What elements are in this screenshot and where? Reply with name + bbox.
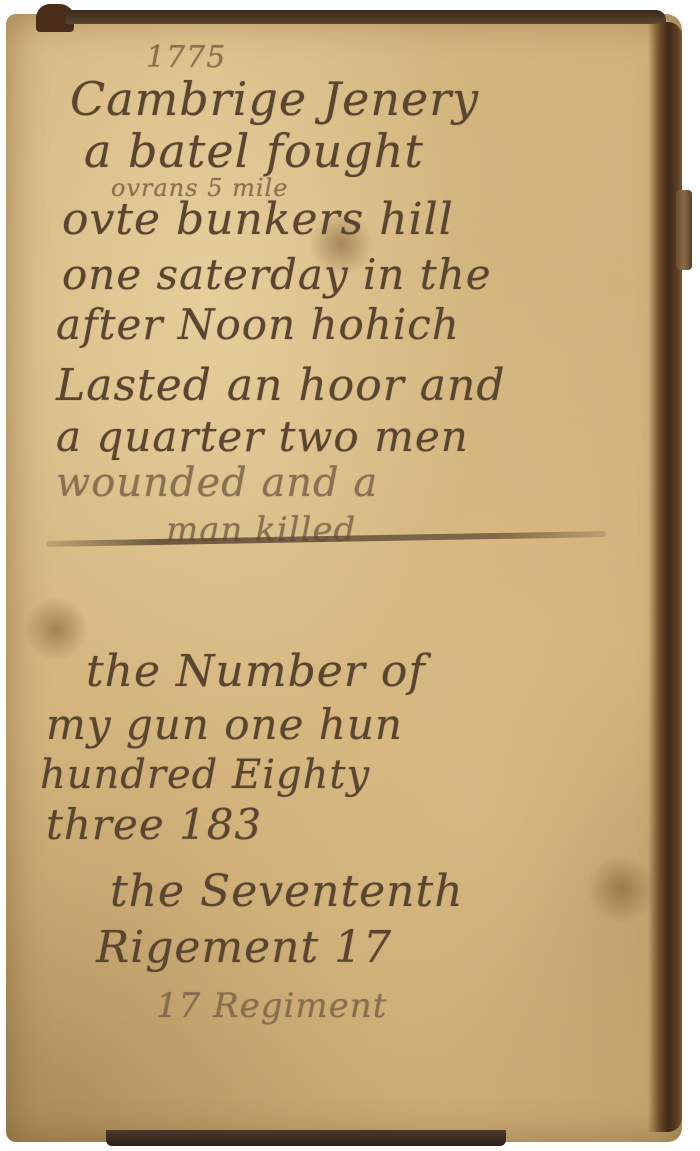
handwritten-line: a quarter two men [56,412,469,461]
clasp [676,190,692,270]
top-binding-edge [66,10,666,24]
stain [26,594,86,664]
handwritten-line: Rigement 17 [96,922,392,973]
handwritten-line: 17 Regiment [156,986,387,1026]
handwritten-line: the Sevententh [110,866,464,917]
spine-edge [648,22,682,1132]
handwritten-line: the Number of [86,646,426,697]
handwritten-line: my gun one hun [46,700,403,749]
handwritten-line: Cambrige Jenery [70,72,479,126]
handwritten-line: one saterday in the [62,250,492,299]
handwritten-line: hundred Eighty [40,752,370,798]
handwritten-line: ovte bunkers hill [62,194,454,245]
handwritten-line: Lasted an hoor and [56,360,506,411]
year-line: 1775 [146,40,226,75]
book-cover: 1775 Cambrige Jenery a batel fought ovra… [6,14,682,1142]
stain [586,854,656,924]
handwritten-line: three 183 [46,800,262,849]
handwritten-line: a batel fought [84,124,424,178]
handwritten-line: after Noon hohich [56,300,460,349]
bottom-binding-edge [106,1130,506,1146]
handwritten-line: wounded and a [56,460,378,506]
